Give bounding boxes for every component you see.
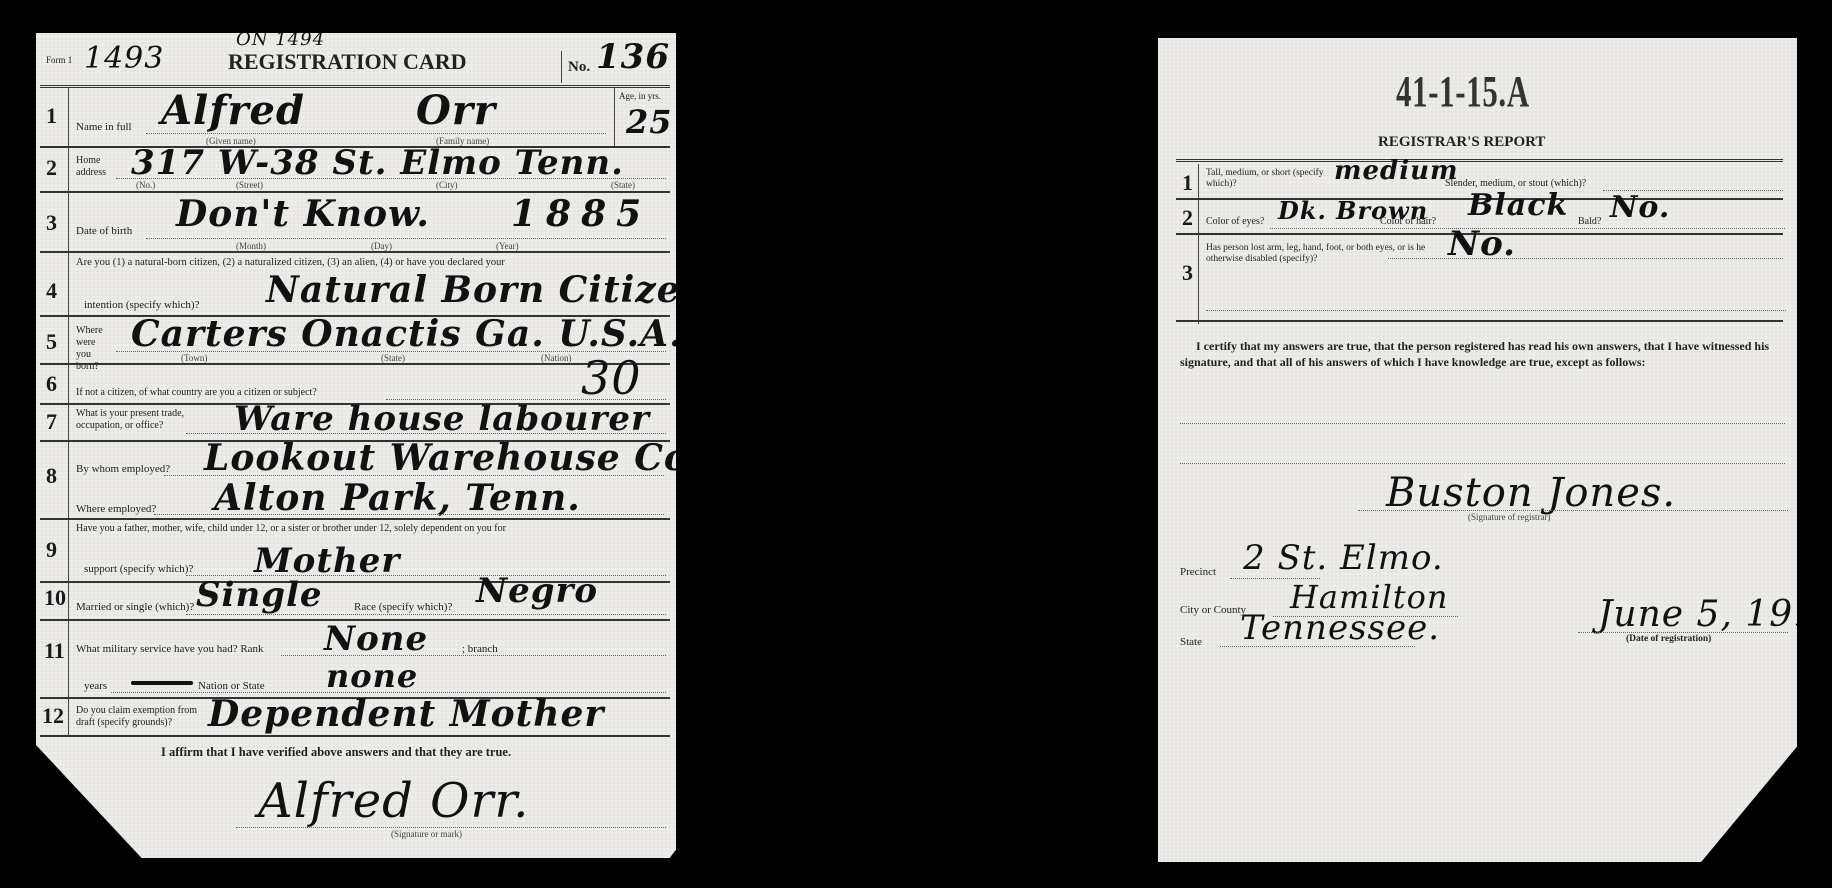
row-number: 2 <box>1182 205 1193 231</box>
nation-value: none <box>326 657 418 695</box>
occupation-label: What is your present trade, occupation, … <box>76 408 186 432</box>
file-stamp: 41-1-15.A <box>1396 66 1530 117</box>
exemption-label: Do you claim exemption from draft (speci… <box>76 705 206 729</box>
disability-label: Has person lost arm, leg, hand, foot, or… <box>1206 243 1446 265</box>
branch-label: ; branch <box>462 643 498 655</box>
age-label: Age, in yrs. <box>619 91 661 101</box>
affirmation-text: I affirm that I have verified above answ… <box>161 745 511 760</box>
row-number: 3 <box>46 210 57 236</box>
no-label: No. <box>568 59 590 76</box>
years-dash <box>131 681 193 685</box>
foreign-citizen-label: If not a citizen, of what country are yo… <box>76 387 317 399</box>
state-label: State <box>1180 636 1202 648</box>
city-county-label: City or County <box>1180 604 1246 616</box>
home-address-value: 317 W-38 St. Elmo Tenn. <box>131 143 624 183</box>
bald-label: Bald? <box>1578 216 1601 227</box>
employment-location-value: Alton Park, Tenn. <box>214 477 581 519</box>
row-number: 12 <box>42 703 64 729</box>
years-label: years <box>84 680 107 692</box>
race-label: Race (specify which)? <box>354 601 452 613</box>
caption: (Nation) <box>541 353 572 363</box>
registration-date-caption: (Date of registration) <box>1626 634 1711 644</box>
birthplace-label: Where were you born? <box>76 325 110 373</box>
caption: (Street) <box>236 180 263 190</box>
form-number: 1493 <box>84 41 164 76</box>
height-label: Tall, medium, or short (specify which)? <box>1206 168 1346 190</box>
dependents-label: support (specify which)? <box>84 563 193 575</box>
precinct-label: Precinct <box>1180 566 1216 578</box>
home-address-label: Home address <box>76 155 110 179</box>
exemption-value: Dependent Mother <box>208 693 604 735</box>
caption: (State) <box>611 180 635 190</box>
report-title: REGISTRAR'S REPORT <box>1378 134 1545 151</box>
hair-color-value: Black <box>1468 188 1568 223</box>
registrar-caption: (Signature of registrar) <box>1468 512 1550 522</box>
row-number: 5 <box>46 329 57 355</box>
precinct-value: 2 St. Elmo. <box>1243 538 1444 578</box>
family-name-value: Orr <box>416 87 496 134</box>
race-value: Negro <box>476 571 598 611</box>
nation-label: Nation or State <box>198 680 265 692</box>
military-service-label: What military service have you had? Rank <box>76 643 264 655</box>
caption: (Year) <box>496 241 519 251</box>
marital-label: Married or single (which)? <box>76 601 194 613</box>
dob-label: Date of birth <box>76 225 132 237</box>
registration-card: Form 1 1493 ON 1494 REGISTRATION CARD No… <box>36 33 676 858</box>
row-number: 6 <box>46 371 57 397</box>
military-rank-value: None <box>324 619 428 659</box>
caption: (Month) <box>236 241 266 251</box>
employer-label: By whom employed? <box>76 463 170 475</box>
age-value: 25 <box>626 103 673 141</box>
eye-color-label: Color of eyes? <box>1206 216 1264 227</box>
caption: (No.) <box>136 180 155 190</box>
registrars-report-card: 41-1-15.A REGISTRAR'S REPORT 1 Tall, med… <box>1158 38 1797 862</box>
row-number: 3 <box>1182 260 1193 286</box>
birthplace-value: Carters Onactis Ga. U.S.A. <box>131 313 683 355</box>
state-value: Tennessee. <box>1240 608 1440 648</box>
annotation: ON 1494 <box>236 29 325 50</box>
citizenship-question: Are you (1) a natural-born citizen, (2) … <box>76 257 505 268</box>
employment-location-label: Where employed? <box>76 503 156 515</box>
signature-caption: (Signature or mark) <box>391 829 462 839</box>
annotation-30: 30 <box>581 351 642 405</box>
row-number: 1 <box>46 103 57 129</box>
citizenship-label: intention (specify which)? <box>84 299 199 311</box>
dependents-question: Have you a father, mother, wife, child u… <box>76 523 506 534</box>
dob-month-value: Don't Know. <box>176 193 430 235</box>
form-prefix: Form 1 <box>46 55 72 65</box>
hair-color-label: Color of hair? <box>1380 216 1436 227</box>
card-number: 136 <box>596 37 670 77</box>
row-number: 8 <box>46 463 57 489</box>
marital-value: Single <box>196 575 323 615</box>
height-value: medium <box>1334 156 1459 186</box>
card-title: REGISTRATION CARD <box>228 49 467 75</box>
row-number: 10 <box>44 585 66 611</box>
caption: (Town) <box>181 353 207 363</box>
caption: (City) <box>436 180 458 190</box>
caption: (State) <box>381 353 405 363</box>
caption: (Day) <box>371 241 392 251</box>
row-number: 2 <box>46 155 57 181</box>
row-number: 7 <box>46 409 57 435</box>
registrant-signature: Alfred Orr. <box>258 773 529 829</box>
name-label: Name in full <box>76 121 132 133</box>
row-number: 4 <box>46 278 57 304</box>
citizenship-value: Natural Born Citizen <box>266 269 708 311</box>
dob-year-value: 1885 <box>511 193 651 235</box>
row-number: 11 <box>44 638 65 664</box>
certification-text: I certify that my answers are true, that… <box>1180 338 1785 370</box>
row-number: 1 <box>1182 170 1193 196</box>
employer-value: Lookout Warehouse Co. <box>204 437 702 479</box>
row-number: 9 <box>46 537 57 563</box>
registration-date-value: June 5, 1917 <box>1598 594 1832 635</box>
bald-value: No. <box>1610 190 1670 225</box>
given-name-value: Alfred <box>161 87 305 134</box>
